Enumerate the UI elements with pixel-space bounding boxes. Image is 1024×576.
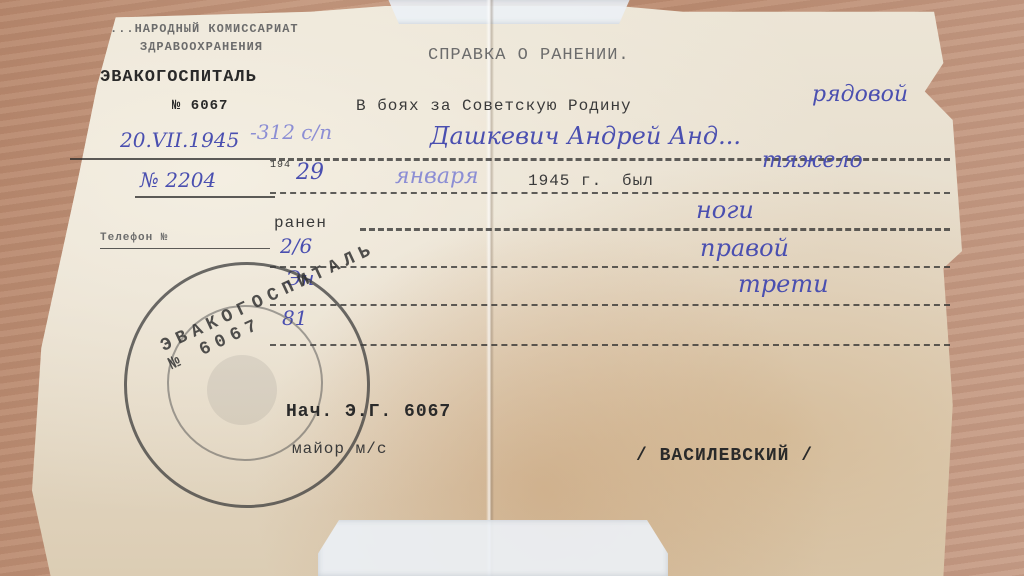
dotted-line-2 (270, 192, 950, 194)
document-title: СПРАВКА О РАНЕНИИ. (428, 46, 630, 65)
year-prefix: 194 (270, 160, 291, 171)
signatory-role-1: Нач. Э.Г. 6067 (286, 402, 451, 422)
wound-desc-2: ноги (696, 196, 754, 224)
was-word: был (622, 172, 654, 190)
margin-note-1: 2/6 (280, 234, 312, 258)
tape-bottom (318, 520, 668, 576)
header-underline-1 (70, 158, 270, 160)
signatory-name: / ВАСИЛЕВСКИЙ / (636, 446, 813, 466)
stamp-emblem-icon (207, 355, 277, 425)
wound-desc-3: правой (700, 234, 789, 262)
soldier-name: Дашкевич Андрей Анд... (430, 122, 741, 150)
hospital-round-stamp: ЭВАКОГОСПИТАЛЬ № 6067 (124, 262, 370, 508)
issue-date: 20.VII.1945 (120, 128, 239, 152)
registration-number: № 2204 (140, 168, 216, 192)
header-underline-2 (135, 196, 275, 198)
body-line-1: В боях за Советскую Родину (356, 97, 632, 115)
header-underline-3 (100, 248, 270, 249)
rank: рядовой (812, 82, 908, 107)
phone-label: Телефон № (100, 232, 168, 244)
dotted-line-6 (270, 344, 950, 346)
org-line-2: ЗДРАВООХРАНЕНИЯ (140, 40, 263, 54)
tape-top (378, 0, 640, 24)
wounded-word: ранен (274, 214, 327, 232)
dotted-line-5 (270, 304, 950, 306)
hospital-name: ЭВАКОГОСПИТАЛЬ (100, 68, 257, 87)
wound-year: 1945 г. (528, 172, 602, 190)
hospital-number: № 6067 (172, 98, 228, 114)
dotted-line-3 (360, 228, 950, 231)
wound-desc-1: тяжело (762, 148, 863, 173)
unit-number: -312 с/п (250, 120, 332, 144)
document-fold-crease (486, 0, 494, 576)
org-line-1: ...НАРОДНЫЙ КОМИССАРИАТ (110, 22, 299, 36)
wound-month: января (395, 164, 479, 189)
signatory-role-2: майор м/с (292, 440, 387, 458)
wound-desc-4: трети (738, 270, 829, 298)
wound-day: 29 (296, 160, 324, 185)
